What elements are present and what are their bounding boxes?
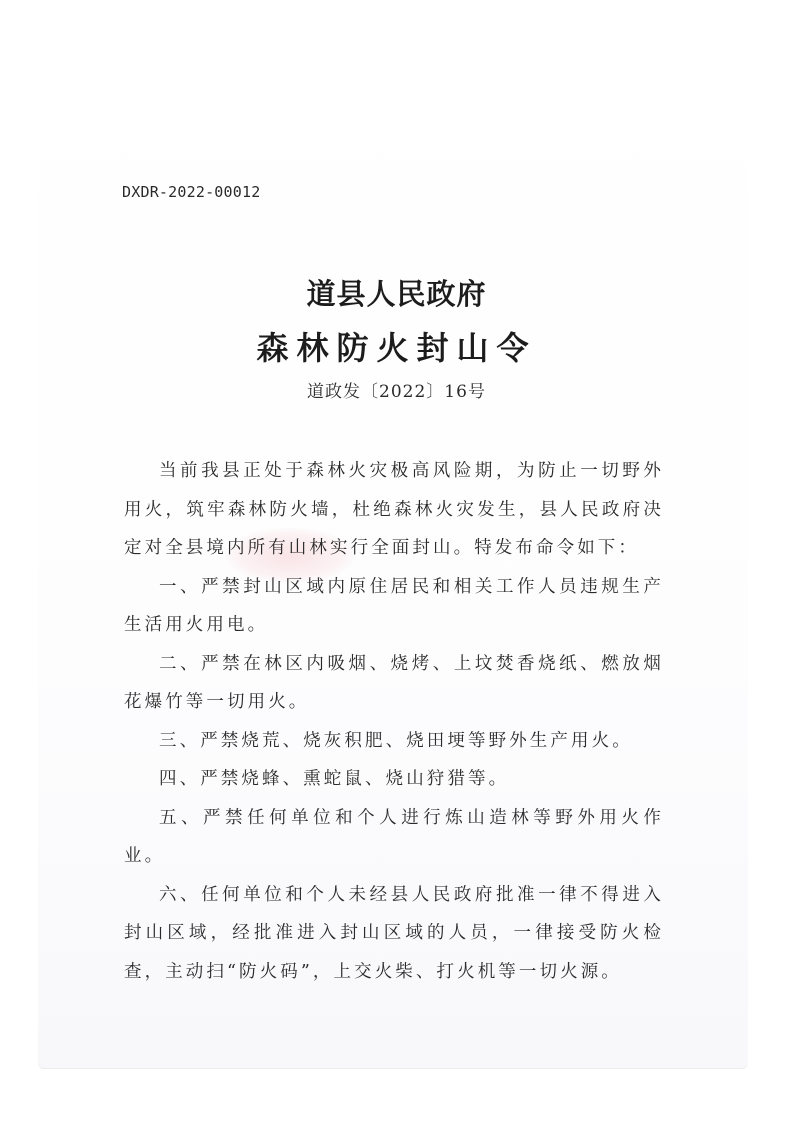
rule-5-paragraph: 五、严禁任何单位和个人进行炼山造林等野外用火作业。 [124,799,664,876]
intro-paragraph: 当前我县正处于森林火灾极高风险期，为防止一切野外用火，筑牢森林防火墙，杜绝森林火… [124,452,664,568]
rule-2-paragraph: 二、严禁在林区内吸烟、烧烤、上坟焚香烧纸、燃放烟花爆竹等一切用火。 [124,645,664,722]
document-body: 当前我县正处于森林火灾极高风险期，为防止一切野外用火，筑牢森林防火墙，杜绝森林火… [124,452,664,991]
document-number: DXDR-2022-00012 [122,183,260,201]
issuer-heading: 道县人民政府 [0,272,793,313]
reference-number: 道政发〔2022〕16号 [0,377,793,402]
rule-4-paragraph: 四、严禁烧蜂、熏蛇鼠、烧山狩猎等。 [124,760,664,799]
rule-3-paragraph: 三、严禁烧荒、烧灰积肥、烧田埂等野外生产用火。 [124,722,664,761]
rule-6-paragraph: 六、任何单位和个人未经县人民政府批准一律不得进入封山区域，经批准进入封山区域的人… [124,876,664,992]
document-title: 森林防火封山令 [0,323,793,369]
rule-1-paragraph: 一、严禁封山区域内原住居民和相关工作人员违规生产生活用火用电。 [124,568,664,645]
